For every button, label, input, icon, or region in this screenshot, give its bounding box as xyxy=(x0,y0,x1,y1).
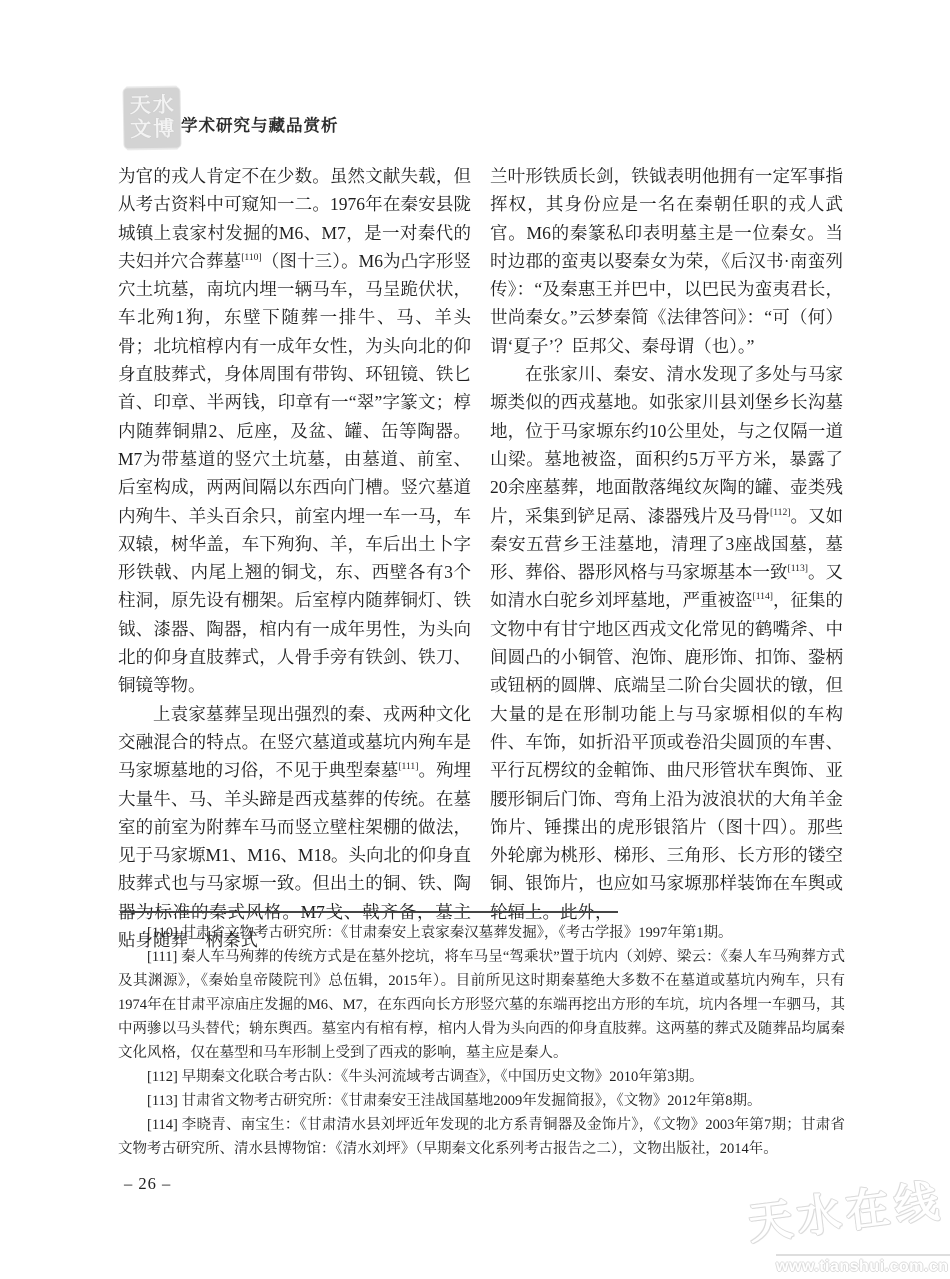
body-paragraph: 上袁家墓葬呈现出强烈的秦、戎两种文化交融混合的特点。在竖穴墓道或墓坑内殉车是马家… xyxy=(118,700,471,955)
site-watermark: 天水在线 www.tianshui.com.cn xyxy=(752,1188,950,1276)
left-text-column: 为官的戎人肯定不在少数。虽然文献失载，但从考古资料中可窥知一二。1976年在秦安… xyxy=(118,162,471,954)
body-paragraph: 在张家川、秦安、清水发现了多处与马家塬类似的西戎墓地。如张家川县刘堡乡长沟墓地，… xyxy=(490,360,843,926)
footnotes-section: [110] 甘肃省文物考古研究所：《甘肃秦安上袁家秦汉墓葬发掘》，《考古学报》1… xyxy=(118,921,845,1161)
body-paragraph: 为官的戎人肯定不在少数。虽然文献失载，但从考古资料中可窥知一二。1976年在秦安… xyxy=(118,162,471,700)
footnote-112: [112] 早期秦文化联合考古队：《牛头河流域考古调查》，《中国历史文物》201… xyxy=(118,1065,845,1089)
footnote-111: [111] 秦人车马殉葬的传统方式是在墓外挖坑，将车马呈“驾乘状”置于坑内（刘婷… xyxy=(118,945,845,1065)
body-paragraph: 兰叶形铁质长剑，铁钺表明他拥有一定军事指挥权，其身份应是一名在秦朝任职的戎人武官… xyxy=(490,162,843,360)
section-title: 学术研究与藏品赏析 xyxy=(181,112,339,136)
watermark-underline xyxy=(776,1254,950,1256)
watermark-url: www.tianshui.com.cn xyxy=(776,1258,950,1276)
page-number: – 26 – xyxy=(124,1174,171,1194)
seal-logo-text-top: 天水 xyxy=(128,94,176,119)
tianshui-wenbo-seal-logo: 天水 文博 xyxy=(123,88,180,149)
footnote-110: [110] 甘肃省文物考古研究所：《甘肃秦安上袁家秦汉墓葬发掘》，《考古学报》1… xyxy=(118,921,845,945)
watermark-title: 天水在线 xyxy=(744,1162,950,1252)
seal-logo-text-bottom: 文博 xyxy=(128,118,176,143)
footnote-113: [113] 甘肃省文物考古研究所：《甘肃秦安王洼战国墓地2009年发掘简报》，《… xyxy=(118,1089,845,1113)
right-text-column: 兰叶形铁质长剑，铁钺表明他拥有一定军事指挥权，其身份应是一名在秦朝任职的戎人武官… xyxy=(490,162,843,926)
footnote-114: [114] 李晓青、南宝生：《甘肃清水县刘坪近年发现的北方系青铜器及金饰片》，《… xyxy=(118,1113,845,1161)
document-page: 天水 文博 学术研究与藏品赏析 为官的戎人肯定不在少数。虽然文献失载，但从考古资… xyxy=(0,0,950,1279)
footnote-separator-rule xyxy=(120,911,618,913)
